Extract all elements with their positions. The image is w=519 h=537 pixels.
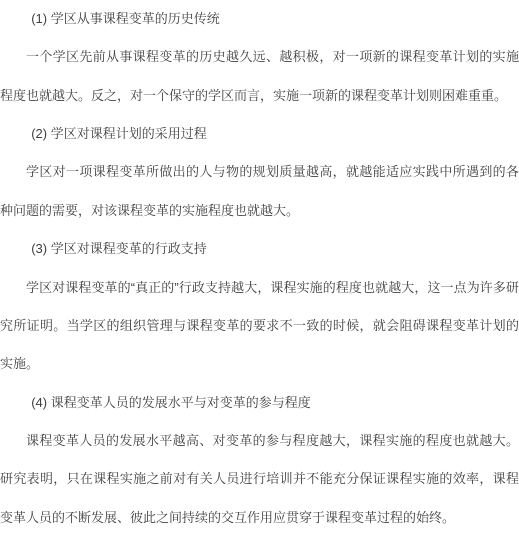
section-4-heading: (4) 课程变革人员的发展水平与对变革的参与程度 — [0, 384, 519, 422]
section-3-paragraph: 学区对课程变革的“真正的”行政支持越大，课程实施的程度也就越大，这一点为许多研究… — [0, 269, 519, 384]
section-1-paragraph: 一个学区先前从事课程变革的历史越久远、越积极，对一项新的课程变革计划的实施程度也… — [0, 38, 519, 115]
section-2-paragraph: 学区对一项课程变革所做出的人与物的规划质量越高，就越能适应实践中所遇到的各种问题… — [0, 153, 519, 230]
section-4-paragraph: 课程变革人员的发展水平越高、对变革的参与程度越大，课程实施的程度也就越大。研究表… — [0, 422, 519, 537]
document-page: (1) 学区从事课程变革的历史传统 一个学区先前从事课程变革的历史越久远、越积极… — [0, 0, 519, 537]
section-3-heading: (3) 学区对课程变革的行政支持 — [0, 230, 519, 268]
section-1-heading: (1) 学区从事课程变革的历史传统 — [0, 0, 519, 38]
section-2-heading: (2) 学区对课程计划的采用过程 — [0, 115, 519, 153]
